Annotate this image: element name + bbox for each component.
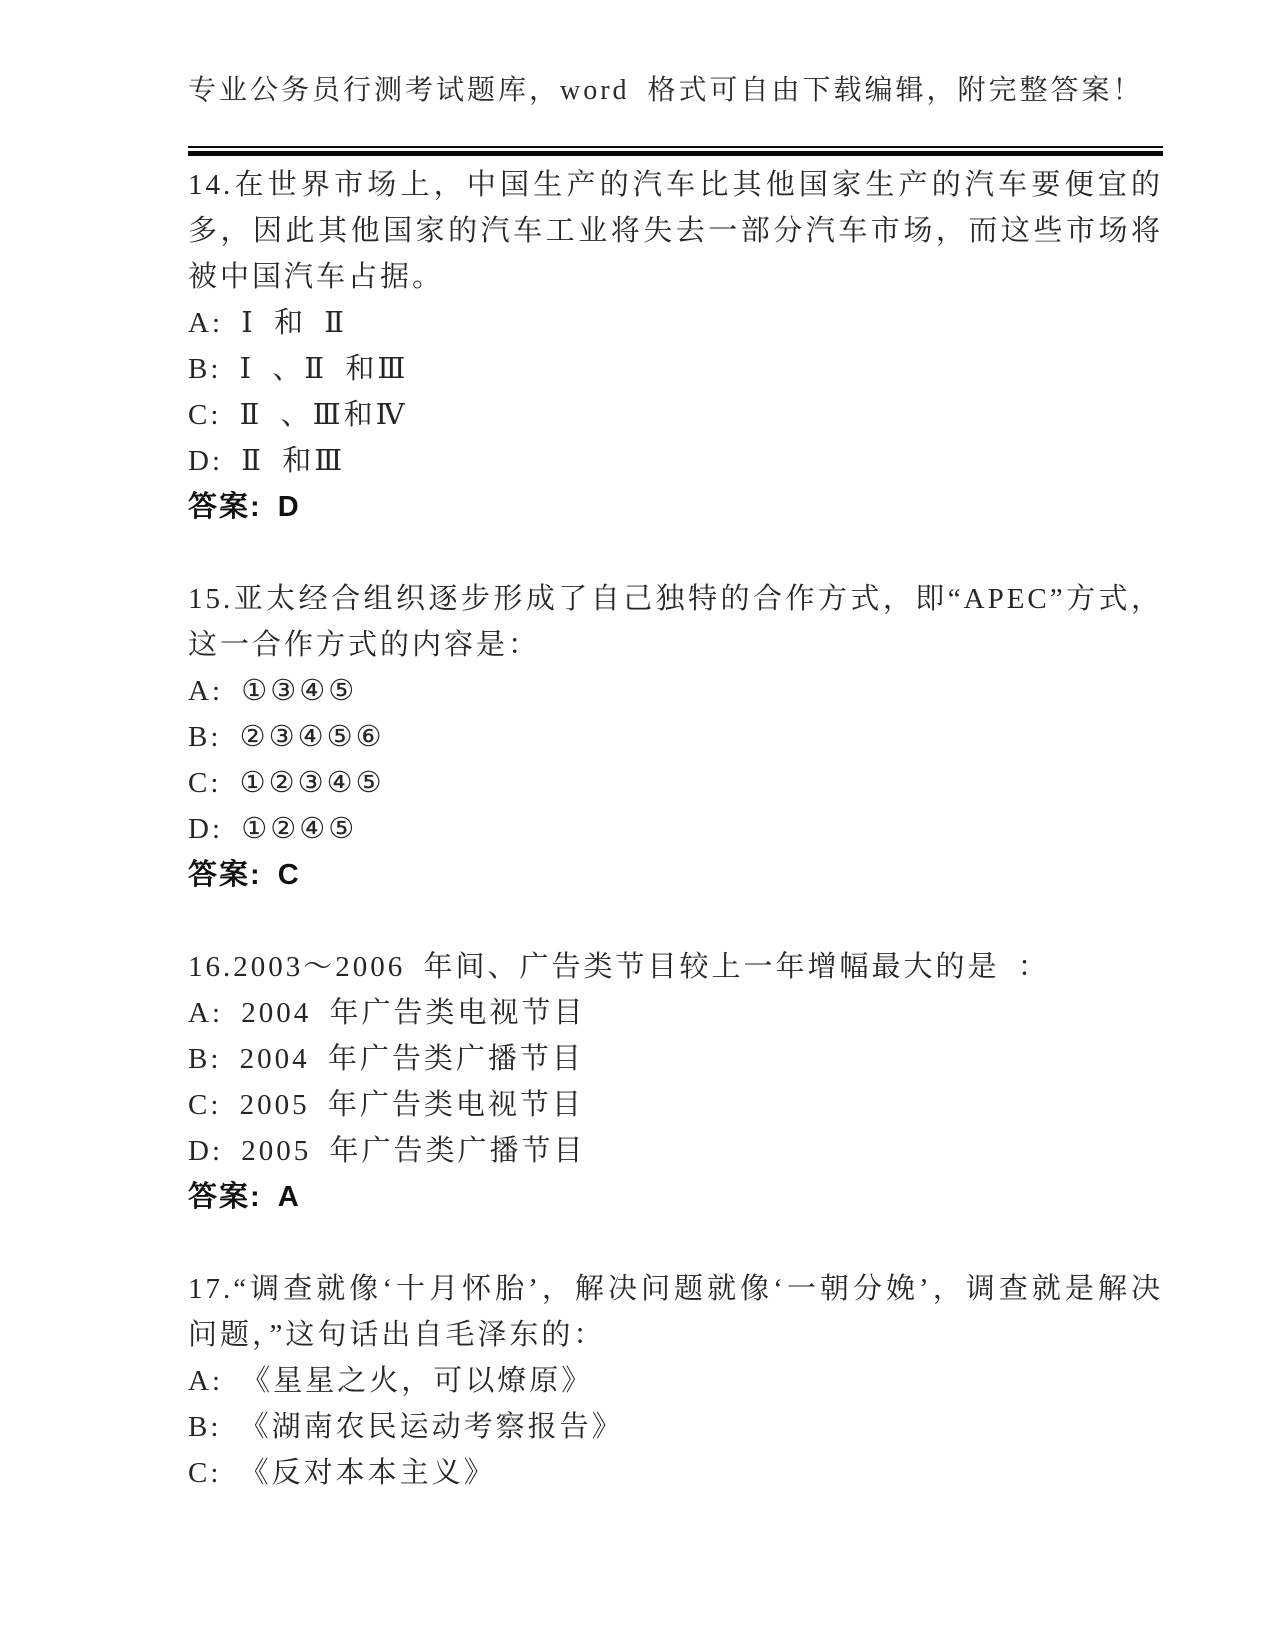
question-14-block: 14.在世界市场上，中国生产的汽车比其他国家生产的汽车要便宜的多，因此其他国家的…	[188, 162, 1163, 530]
question-15-option-a: A: ①③④⑤	[188, 668, 1163, 714]
question-16-option-a: A: 2004 年广告类电视节目	[188, 990, 1163, 1036]
question-16-text: 16.2003～2006 年间、广告类节目较上一年增幅最大的是 ：	[188, 944, 1163, 990]
question-14-answer: 答案: D	[188, 484, 1163, 530]
question-15-answer: 答案: C	[188, 852, 1163, 898]
question-16-answer: 答案: A	[188, 1174, 1163, 1220]
question-15-text: 15.亚太经合组织逐步形成了自己独特的合作方式，即“APEC”方式，这一合作方式…	[188, 576, 1163, 668]
header-divider	[188, 146, 1163, 156]
question-17-text: 17.“调查就像‘十月怀胎’，解决问题就像‘一朝分娩’，调查就是解决问题，”这句…	[188, 1266, 1163, 1358]
question-15-option-b: B: ②③④⑤⑥	[188, 714, 1163, 760]
question-17-option-c: C: 《反对本本主义》	[188, 1450, 1163, 1496]
question-16-option-d: D: 2005 年广告类广播节目	[188, 1128, 1163, 1174]
question-15-block: 15.亚太经合组织逐步形成了自己独特的合作方式，即“APEC”方式，这一合作方式…	[188, 576, 1163, 898]
question-list: 14.在世界市场上，中国生产的汽车比其他国家生产的汽车要便宜的多，因此其他国家的…	[188, 162, 1163, 1496]
question-17-option-b: B: 《湖南农民运动考察报告》	[188, 1404, 1163, 1450]
question-16-option-b: B: 2004 年广告类广播节目	[188, 1036, 1163, 1082]
question-14-text: 14.在世界市场上，中国生产的汽车比其他国家生产的汽车要便宜的多，因此其他国家的…	[188, 162, 1163, 300]
question-16-option-c: C: 2005 年广告类电视节目	[188, 1082, 1163, 1128]
question-14-option-a: A: Ⅰ 和 Ⅱ	[188, 300, 1163, 346]
document-page: 专业公务员行测考试题库，word 格式可自由下载编辑，附完整答案！ 14.在世界…	[0, 0, 1275, 1650]
question-15-option-c: C: ①②③④⑤	[188, 760, 1163, 806]
question-14-option-b: B: Ⅰ 、Ⅱ 和Ⅲ	[188, 346, 1163, 392]
question-14-option-c: C: Ⅱ 、Ⅲ和Ⅳ	[188, 392, 1163, 438]
question-17-option-a: A: 《星星之火，可以燎原》	[188, 1358, 1163, 1404]
question-14-option-d: D: Ⅱ 和Ⅲ	[188, 438, 1163, 484]
page-header-note: 专业公务员行测考试题库，word 格式可自由下载编辑，附完整答案！	[188, 74, 1163, 108]
document-content: 专业公务员行测考试题库，word 格式可自由下载编辑，附完整答案！ 14.在世界…	[188, 74, 1163, 1542]
question-16-block: 16.2003～2006 年间、广告类节目较上一年增幅最大的是 ： A: 200…	[188, 944, 1163, 1220]
question-17-block: 17.“调查就像‘十月怀胎’，解决问题就像‘一朝分娩’，调查就是解决问题，”这句…	[188, 1266, 1163, 1496]
question-15-option-d: D: ①②④⑤	[188, 806, 1163, 852]
